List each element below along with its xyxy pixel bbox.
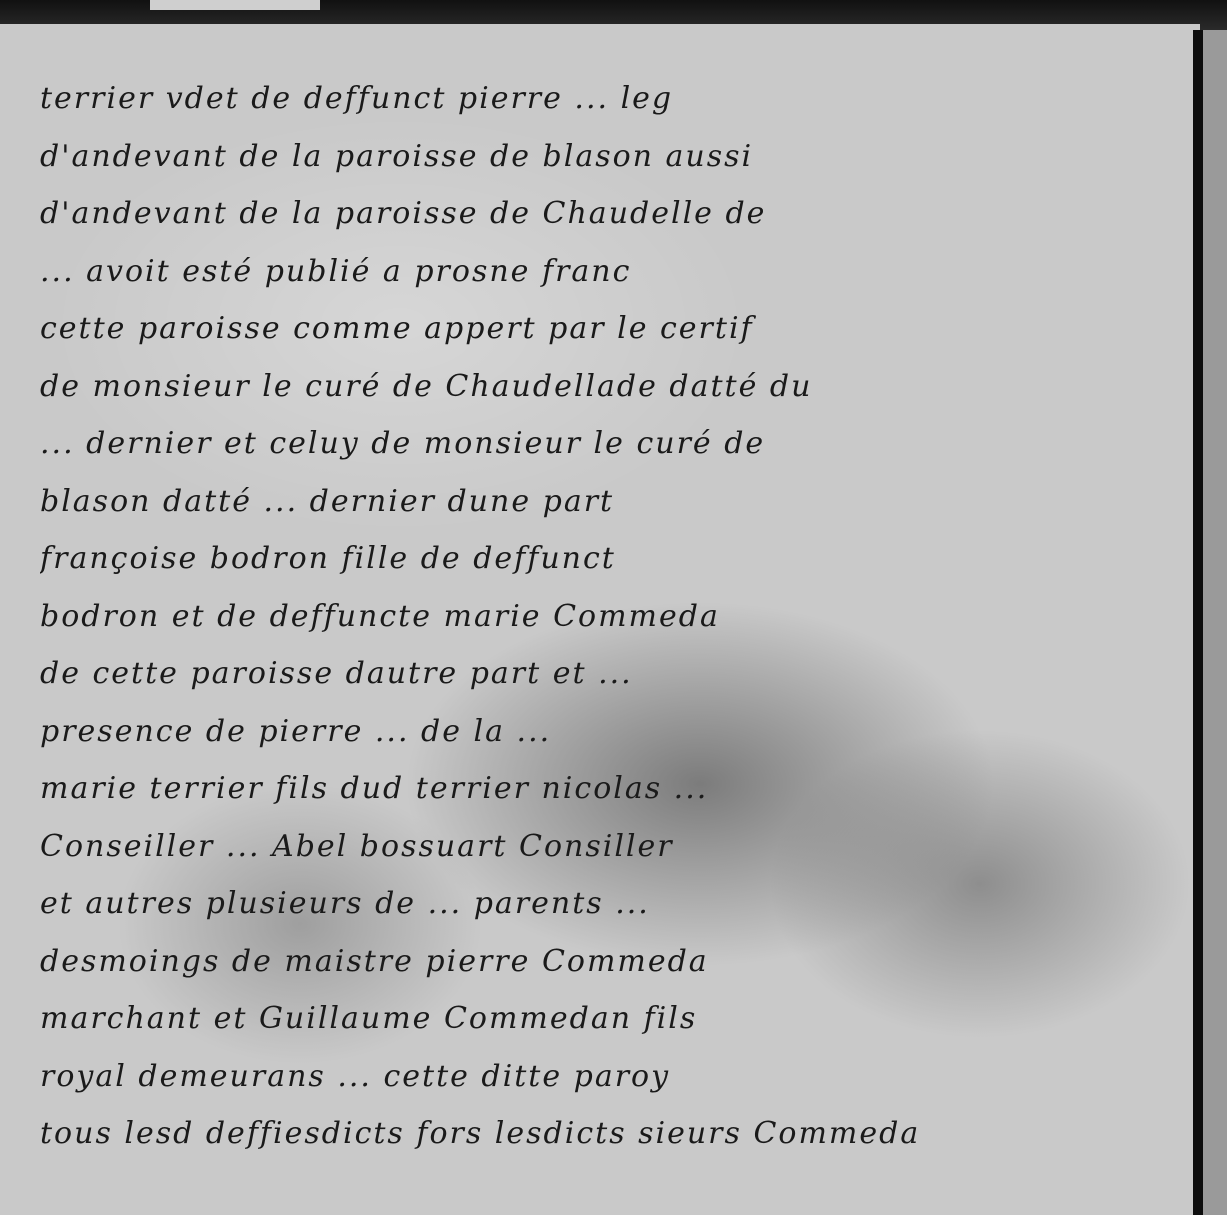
text-line: d'andevant de la paroisse de blason auss… (40, 128, 1190, 186)
text-line: terrier vdet de deffunct pierre ... leg (40, 70, 1190, 128)
text-line: blason datté ... dernier dune part (40, 473, 1190, 531)
text-line: de cette paroisse dautre part et ... (40, 645, 1190, 703)
text-line: ... avoit esté publié a prosne franc (40, 243, 1190, 301)
adjacent-page-edge (1203, 30, 1227, 1215)
binding-line (1193, 30, 1203, 1215)
text-line: bodron et de deffuncte marie Commeda (40, 588, 1190, 646)
text-line: royal demeurans ... cette ditte paroy (40, 1048, 1190, 1106)
text-line: desmoings de maistre pierre Commeda (40, 933, 1190, 991)
text-line: d'andevant de la paroisse de Chaudelle d… (40, 185, 1190, 243)
text-line: tous lesd deffiesdicts fors lesdicts sie… (40, 1105, 1190, 1163)
text-line: presence de pierre ... de la ... (40, 703, 1190, 761)
text-line: Conseiller ... Abel bossuart Consiller (40, 818, 1190, 876)
text-line: marie terrier fils dud terrier nicolas .… (40, 760, 1190, 818)
text-line: françoise bodron fille de deffunct (40, 530, 1190, 588)
handwritten-text: terrier vdet de deffunct pierre ... leg … (40, 70, 1190, 1163)
top-tab (150, 0, 320, 10)
text-line: et autres plusieurs de ... parents ... (40, 875, 1190, 933)
text-line: cette paroisse comme appert par le certi… (40, 300, 1190, 358)
text-line: marchant et Guillaume Commedan fils (40, 990, 1190, 1048)
text-line: ... dernier et celuy de monsieur le curé… (40, 415, 1190, 473)
text-line: de monsieur le curé de Chaudellade datté… (40, 358, 1190, 416)
